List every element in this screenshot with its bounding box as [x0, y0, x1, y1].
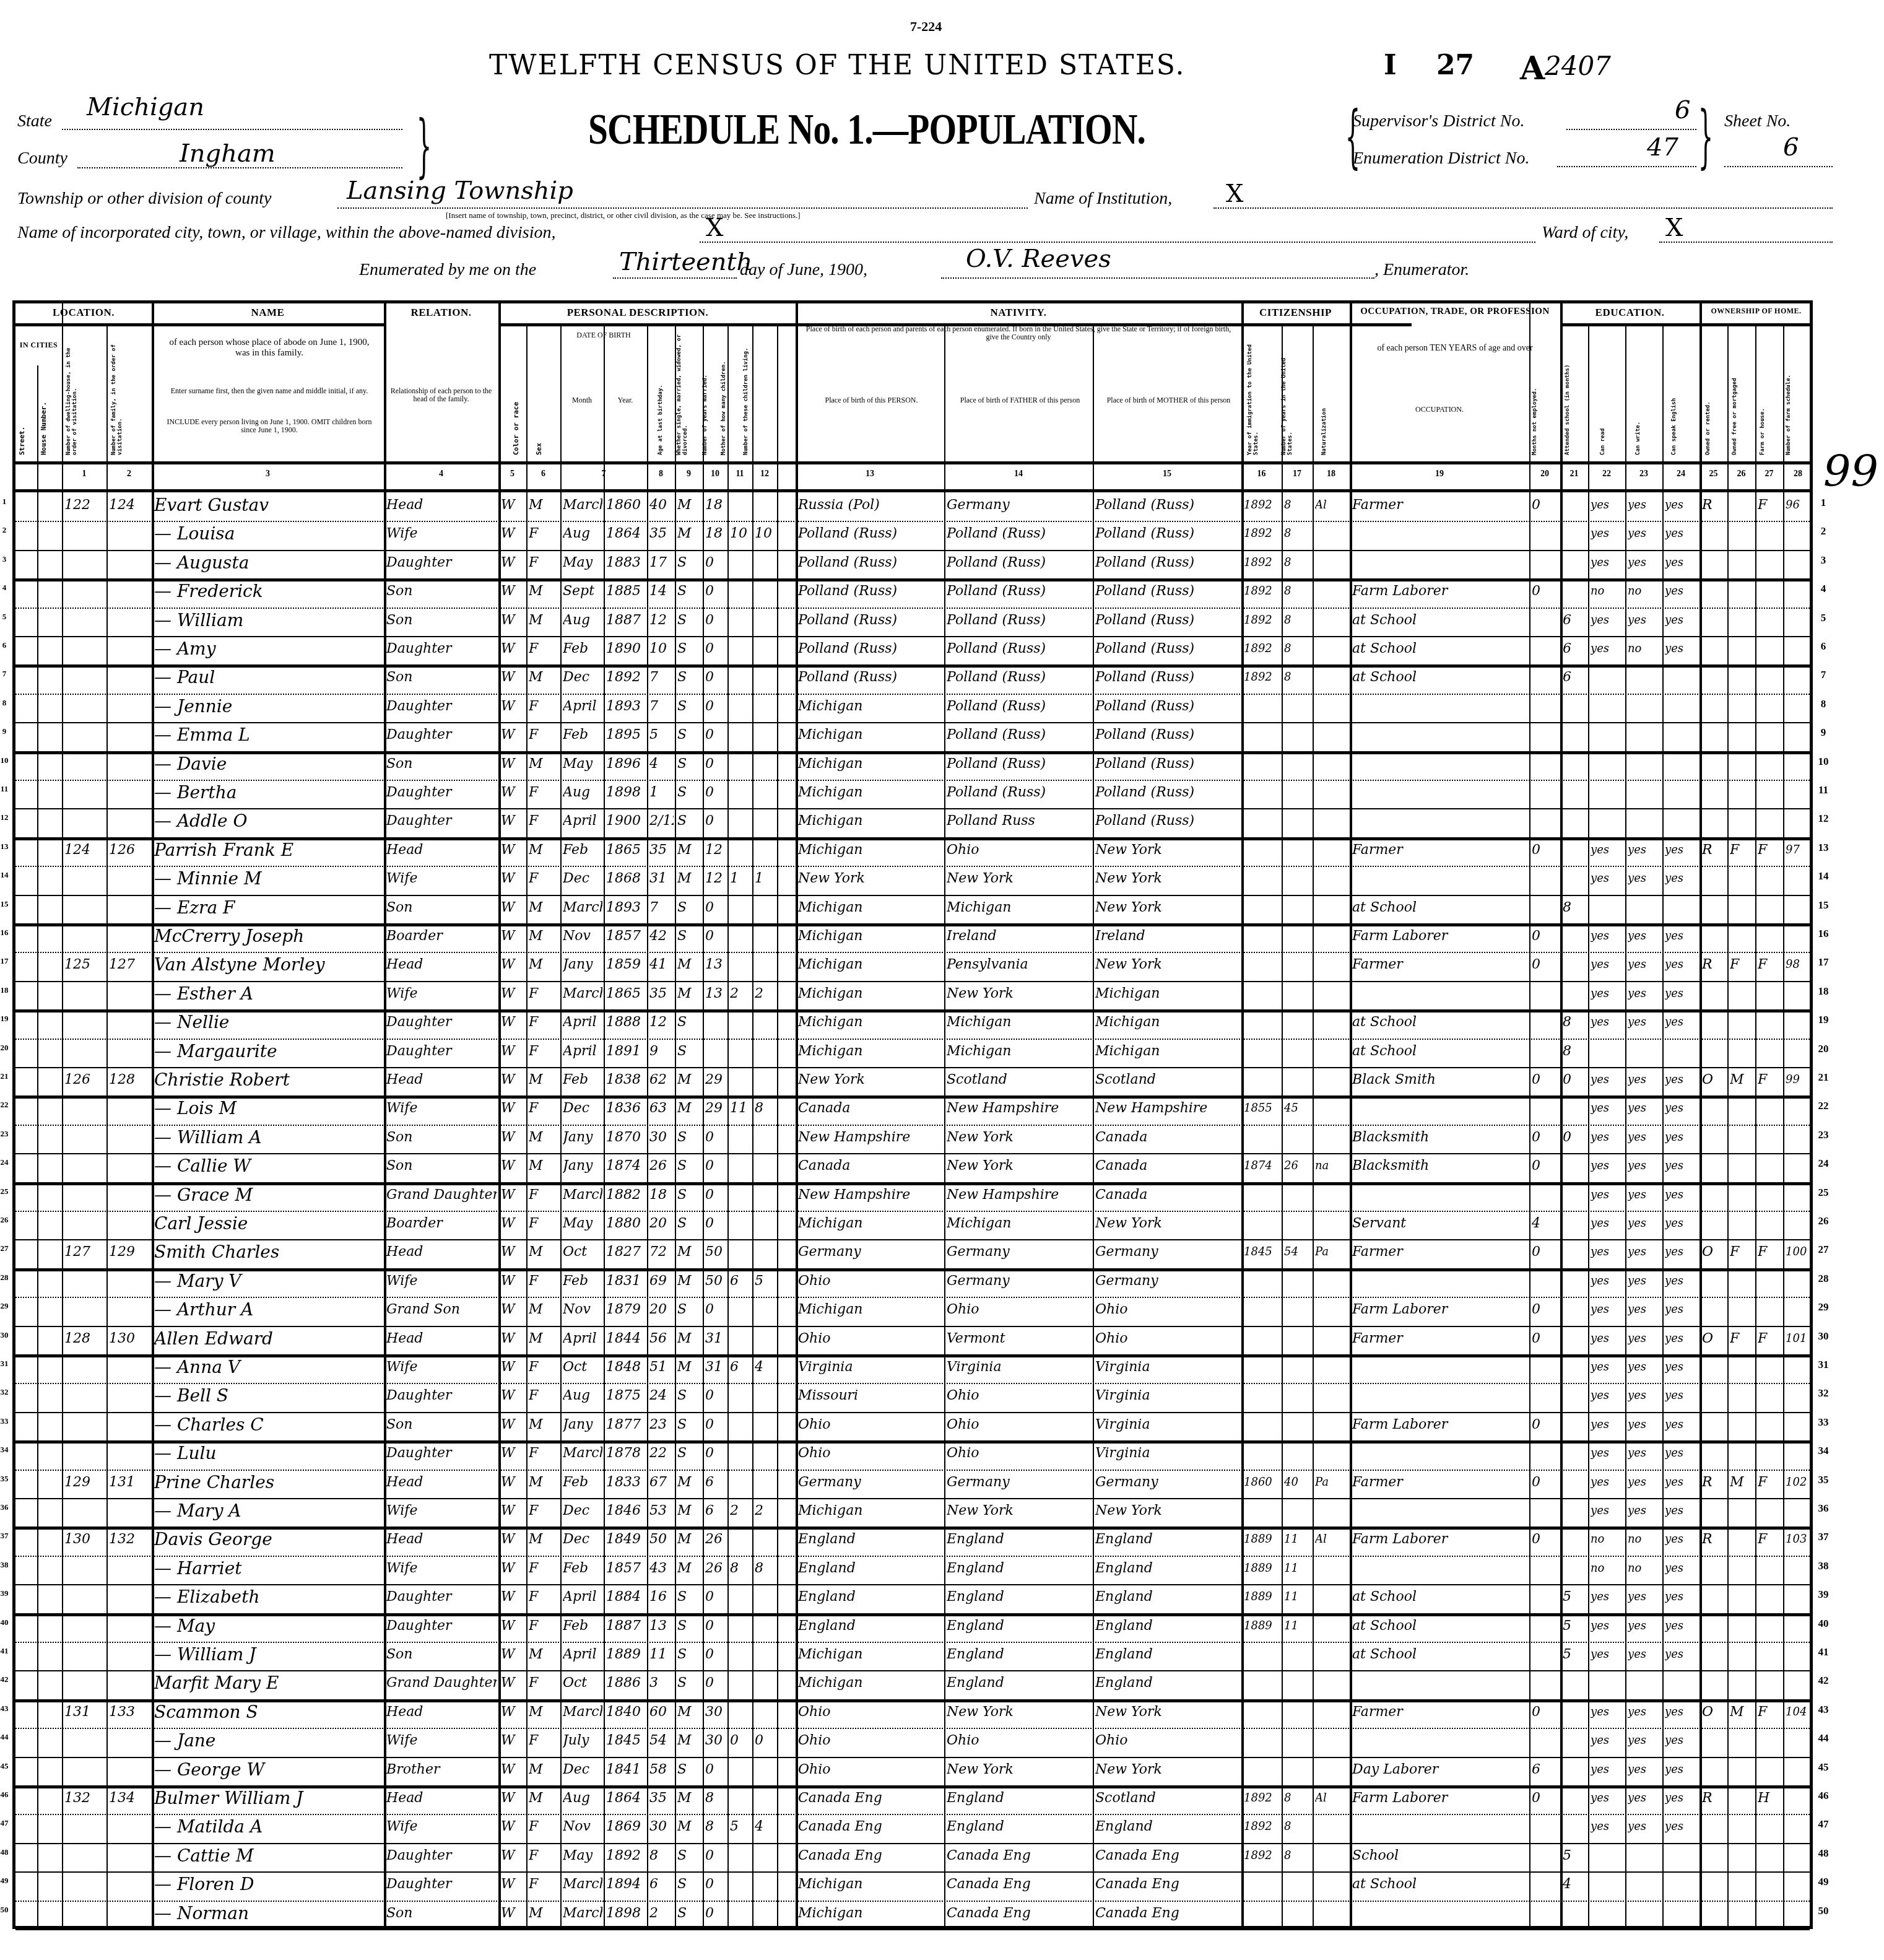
farm-schedule-header: Number of farm schedule.	[1786, 375, 1792, 455]
row-number-left: 9	[0, 726, 14, 736]
cell-sex: F	[529, 1869, 559, 1900]
cell-unemp: 0	[1532, 1323, 1559, 1354]
cell-occ: Farmer	[1352, 1323, 1528, 1354]
cell-bf: England	[947, 1668, 1092, 1699]
cell-color: W	[501, 1582, 525, 1613]
cell-sch	[1563, 1409, 1587, 1440]
cell-rel: Head	[386, 1237, 497, 1268]
cell-write: yes	[1628, 1065, 1661, 1095]
row-number-right: 16	[1814, 928, 1833, 940]
cell-dw	[64, 921, 105, 952]
cell-month: Dec	[563, 1524, 602, 1555]
cell-month: Sept	[563, 576, 602, 607]
cell-farm	[1758, 1352, 1782, 1383]
cell-year: 1864	[606, 518, 646, 549]
cell-bm: Germany	[1095, 1266, 1240, 1297]
cell-sex: M	[529, 921, 559, 952]
cell-speak: yes	[1665, 1754, 1698, 1785]
personal-description-header: PERSONAL DESCRIPTION.	[498, 307, 777, 319]
stamp-letter: A	[1520, 50, 1545, 87]
cell-farm	[1758, 1582, 1782, 1613]
row-number-left: 27	[0, 1244, 14, 1253]
row-number-right: 44	[1814, 1732, 1833, 1744]
cell-free: F	[1730, 835, 1754, 866]
cell-read: yes	[1591, 634, 1624, 664]
cell-speak: yes	[1665, 605, 1698, 636]
row-number-left: 49	[0, 1876, 14, 1886]
farm-house-header: Farm or house.	[1760, 408, 1766, 455]
cell-sch	[1563, 1323, 1587, 1354]
cell-ym: 0	[705, 691, 726, 722]
cell-bm: Scotland	[1095, 1065, 1240, 1095]
cell-rel: Son	[386, 1639, 497, 1670]
year-header: Year.	[604, 396, 647, 404]
cell-free	[1730, 863, 1754, 894]
row-number-right: 42	[1814, 1675, 1833, 1687]
cell-imm: 1892	[1244, 490, 1280, 521]
cell-free	[1730, 490, 1754, 521]
cell-ch	[755, 1582, 776, 1613]
cell-read: yes	[1591, 921, 1624, 952]
cell-mo	[730, 1754, 751, 1785]
cell-sex: M	[529, 1323, 559, 1354]
column-number: 19	[1350, 469, 1529, 479]
enumeration-label: Enumeration District No.	[1353, 149, 1529, 168]
cell-own	[1702, 1725, 1726, 1756]
can-read-header: Can read	[1600, 429, 1607, 455]
city-label: Name of incorporated city, town, or vill…	[17, 223, 555, 243]
supervisor-line	[1566, 129, 1696, 130]
cell-imm	[1244, 1323, 1280, 1354]
cell-mar: S	[677, 777, 701, 808]
cell-read: yes	[1591, 1811, 1624, 1842]
cell-nat	[1315, 1093, 1348, 1124]
cell-ym: 13	[705, 978, 726, 1009]
cell-bm: Virginia	[1095, 1438, 1240, 1469]
cell-month: April	[563, 1323, 602, 1354]
cell-yus	[1284, 1639, 1311, 1670]
cell-ym: 0	[705, 806, 726, 837]
cell-fam	[109, 1553, 150, 1584]
cell-write: yes	[1628, 1266, 1661, 1297]
cell-nat	[1315, 777, 1348, 808]
cell-dw	[64, 777, 105, 808]
cell-dw	[64, 1122, 105, 1153]
row-number-left: 28	[0, 1273, 14, 1283]
cell-sex: F	[529, 518, 559, 549]
cell-mo	[730, 1294, 751, 1325]
cell-imm	[1244, 1122, 1280, 1153]
cell-yus	[1284, 1007, 1311, 1038]
cell-imm	[1244, 1668, 1280, 1699]
cell-unemp	[1532, 1668, 1559, 1699]
cell-ch	[755, 720, 776, 751]
cell-mar: S	[677, 1294, 701, 1325]
cell-free	[1730, 605, 1754, 636]
cell-bf: Polland (Russ)	[947, 777, 1092, 808]
row-number-right: 43	[1814, 1704, 1833, 1716]
cell-mo: 0	[730, 1725, 751, 1756]
sheet-value: 6	[1783, 133, 1799, 162]
cell-speak: yes	[1665, 634, 1698, 664]
row-number-right: 33	[1814, 1416, 1833, 1429]
cell-rel: Daughter	[386, 806, 497, 837]
column-number: 13	[796, 469, 944, 479]
cell-year: 1870	[606, 1122, 646, 1153]
cell-name: Marfit Mary E	[154, 1668, 383, 1699]
column-number: 8	[647, 469, 675, 479]
cell-sex: M	[529, 1639, 559, 1670]
cell-age: 7	[649, 691, 674, 722]
dwelling-number-header: Number of dwelling-house, in the order o…	[66, 338, 79, 455]
cell-ch	[755, 1065, 776, 1095]
cell-unemp	[1532, 1639, 1559, 1670]
cell-yus	[1284, 835, 1311, 866]
cell-dw	[64, 1869, 105, 1900]
cell-speak: yes	[1665, 547, 1698, 578]
cell-ym: 0	[705, 1840, 726, 1871]
cell-write: yes	[1628, 835, 1661, 866]
cell-own: O	[1702, 1697, 1726, 1728]
cell-yus: 26	[1284, 1151, 1311, 1182]
cell-read: yes	[1591, 547, 1624, 578]
cell-unemp	[1532, 1898, 1559, 1929]
cell-yus: 45	[1284, 1093, 1311, 1124]
cell-farm	[1758, 1093, 1782, 1124]
cell-read	[1591, 749, 1624, 780]
cell-rel: Daughter	[386, 634, 497, 664]
cell-mar: S	[677, 634, 701, 664]
cell-bf: New York	[947, 978, 1092, 1009]
column-number: 24	[1662, 469, 1700, 479]
cell-imm	[1244, 777, 1280, 808]
cell-occ: Farmer	[1352, 835, 1528, 866]
cell-bp: Virginia	[798, 1352, 943, 1383]
cell-dw	[64, 806, 105, 837]
cell-own	[1702, 1668, 1726, 1699]
cell-name: — William J	[154, 1639, 383, 1670]
cell-nat	[1315, 1725, 1348, 1756]
cell-nat	[1315, 1898, 1348, 1929]
cell-sex: F	[529, 1180, 559, 1211]
cell-occ	[1352, 806, 1528, 837]
cell-month: Dec	[563, 863, 602, 894]
cell-dw	[64, 1840, 105, 1871]
cell-age: 72	[649, 1237, 674, 1268]
cell-sex: M	[529, 949, 559, 980]
cell-imm	[1244, 1065, 1280, 1095]
cell-read: yes	[1591, 1639, 1624, 1670]
cell-nat: Al	[1315, 1524, 1348, 1555]
row-number-right: 13	[1814, 842, 1833, 854]
cell-sex: F	[529, 1582, 559, 1613]
cell-age: 41	[649, 949, 674, 980]
cell-ch	[755, 1869, 776, 1900]
rule	[1560, 323, 1810, 326]
cell-color: W	[501, 1697, 525, 1728]
cell-sch	[1563, 777, 1587, 808]
years-in-us-header: Number of years in the United States.	[1282, 338, 1294, 455]
cell-occ: Farm Laborer	[1352, 1409, 1528, 1440]
cell-dw	[64, 1266, 105, 1297]
cell-bm: England	[1095, 1811, 1240, 1842]
cell-sched	[1786, 1668, 1812, 1699]
cell-write: yes	[1628, 605, 1661, 636]
cell-unemp	[1532, 1093, 1559, 1124]
cell-bm: Polland (Russ)	[1095, 749, 1240, 780]
cell-imm	[1244, 1697, 1280, 1728]
cell-mo	[730, 1697, 751, 1728]
cell-imm	[1244, 1352, 1280, 1383]
cell-age: 30	[649, 1811, 674, 1842]
cell-rel: Brother	[386, 1754, 497, 1785]
cell-unemp	[1532, 1811, 1559, 1842]
cell-mar: S	[677, 806, 701, 837]
row-number-right: 7	[1814, 669, 1833, 681]
cell-nat	[1315, 1553, 1348, 1584]
cell-age: 30	[649, 1122, 674, 1153]
cell-bm: Polland (Russ)	[1095, 576, 1240, 607]
cell-color: W	[501, 1323, 525, 1354]
cell-year: 1849	[606, 1524, 646, 1555]
column-number: 18	[1313, 469, 1350, 479]
cell-speak: yes	[1665, 921, 1698, 952]
cell-read: yes	[1591, 1697, 1624, 1728]
cell-rel: Son	[386, 662, 497, 693]
cell-ch	[755, 1754, 776, 1785]
cell-own	[1702, 691, 1726, 722]
cell-rel: Daughter	[386, 1582, 497, 1613]
cell-own	[1702, 806, 1726, 837]
cell-mar: S	[677, 662, 701, 693]
cell-name: — Jane	[154, 1725, 383, 1756]
cell-color: W	[501, 1180, 525, 1211]
cell-write: yes	[1628, 1122, 1661, 1153]
cell-mar: M	[677, 1266, 701, 1297]
cell-month: Dec	[563, 1093, 602, 1124]
cell-ym: 0	[705, 1611, 726, 1642]
cell-sch: 8	[1563, 1036, 1587, 1067]
cell-year: 1898	[606, 777, 646, 808]
relation-description: Relationship of each person to the head …	[387, 387, 495, 403]
cell-month: March	[563, 490, 602, 521]
cell-month: Aug	[563, 518, 602, 549]
cell-yus	[1284, 1898, 1311, 1929]
cell-sex: F	[529, 1725, 559, 1756]
cell-bf: Ohio	[947, 1409, 1092, 1440]
cell-dw	[64, 1754, 105, 1785]
row-number-right: 35	[1814, 1474, 1833, 1486]
cell-nat	[1315, 835, 1348, 866]
cell-dw	[64, 1409, 105, 1440]
cell-sex: M	[529, 749, 559, 780]
cell-nat	[1315, 634, 1348, 664]
cell-month: Aug	[563, 1783, 602, 1814]
cell-imm: 1892	[1244, 662, 1280, 693]
cell-imm: 1889	[1244, 1611, 1280, 1642]
cell-name: Bulmer William J	[154, 1783, 383, 1814]
cell-name: — Elizabeth	[154, 1582, 383, 1613]
cell-dw	[64, 1438, 105, 1469]
cell-age: 54	[649, 1725, 674, 1756]
cell-bm: Canada Eng	[1095, 1840, 1240, 1871]
cell-ch	[755, 1208, 776, 1239]
cell-read: yes	[1591, 1323, 1624, 1354]
cell-mo	[730, 490, 751, 521]
cell-dw	[64, 1208, 105, 1239]
cell-unemp	[1532, 749, 1559, 780]
cell-sched: 100	[1786, 1237, 1812, 1268]
cell-mo	[730, 1036, 751, 1067]
cell-read	[1591, 1036, 1624, 1067]
column-number: 14	[944, 469, 1093, 479]
cell-bf: Scotland	[947, 1065, 1092, 1095]
cell-sched	[1786, 863, 1812, 894]
house-number-header: House Number.	[40, 402, 48, 455]
cell-bf: Ohio	[947, 1725, 1092, 1756]
cell-bm: New Hampshire	[1095, 1093, 1240, 1124]
cell-color: W	[501, 518, 525, 549]
cell-sch: 0	[1563, 1065, 1587, 1095]
cell-sch	[1563, 978, 1587, 1009]
cell-sch: 6	[1563, 662, 1587, 693]
cell-imm	[1244, 1208, 1280, 1239]
cell-imm	[1244, 1380, 1280, 1411]
cell-mo	[730, 1611, 751, 1642]
cell-nat	[1315, 1323, 1348, 1354]
cell-fam	[109, 1409, 150, 1440]
cell-own: R	[1702, 1524, 1726, 1555]
cell-fam	[109, 1869, 150, 1900]
row-number-left: 19	[0, 1014, 14, 1024]
cell-ym: 29	[705, 1093, 726, 1124]
cell-bp: Michigan	[798, 949, 943, 980]
cell-age: 63	[649, 1093, 674, 1124]
row-number-left: 15	[0, 899, 14, 909]
cell-mo	[730, 1380, 751, 1411]
cell-bm: Polland (Russ)	[1095, 547, 1240, 578]
cell-sch	[1563, 1725, 1587, 1756]
cell-bf: Canada Eng	[947, 1840, 1092, 1871]
cell-farm	[1758, 1668, 1782, 1699]
row-number-right: 32	[1814, 1387, 1833, 1400]
cell-sch	[1563, 720, 1587, 751]
cell-unemp	[1532, 978, 1559, 1009]
cell-sch	[1563, 1294, 1587, 1325]
cell-yus	[1284, 749, 1311, 780]
cell-dw: 129	[64, 1467, 105, 1498]
cell-color: W	[501, 1668, 525, 1699]
cell-color: W	[501, 1840, 525, 1871]
cell-ch: 4	[755, 1352, 776, 1383]
cell-occ	[1352, 1266, 1528, 1297]
cell-bp: England	[798, 1553, 943, 1584]
column-divider	[62, 303, 63, 1926]
cell-name: — William	[154, 605, 383, 636]
cell-imm	[1244, 1754, 1280, 1785]
cell-fam: 133	[109, 1697, 150, 1728]
cell-sch	[1563, 749, 1587, 780]
cell-own: R	[1702, 1783, 1726, 1814]
cell-imm: 1889	[1244, 1524, 1280, 1555]
cell-color: W	[501, 806, 525, 837]
cell-ym: 0	[705, 1582, 726, 1613]
cell-occ: Farmer	[1352, 1467, 1528, 1498]
cell-own	[1702, 1380, 1726, 1411]
enumerated-day-line	[613, 277, 737, 279]
cell-bm: New York	[1095, 1754, 1240, 1785]
cell-rel: Grand Son	[386, 1294, 497, 1325]
cell-dw	[64, 978, 105, 1009]
cell-bm: Polland (Russ)	[1095, 691, 1240, 722]
cell-age: 40	[649, 490, 674, 521]
cell-read	[1591, 1668, 1624, 1699]
cell-sched	[1786, 547, 1812, 578]
cell-write: yes	[1628, 1611, 1661, 1642]
institution-value: X	[1226, 180, 1243, 208]
cell-mo	[730, 892, 751, 923]
cell-sex: F	[529, 806, 559, 837]
cell-unemp: 0	[1532, 949, 1559, 980]
cell-farm: F	[1758, 949, 1782, 980]
cell-bf: Germany	[947, 490, 1092, 521]
cell-year: 1882	[606, 1180, 646, 1211]
cell-sched	[1786, 892, 1812, 923]
district-brace-right: }	[1698, 102, 1714, 170]
cell-name: Van Alstyne Morley	[154, 949, 383, 980]
cell-farm	[1758, 1611, 1782, 1642]
cell-sched	[1786, 1151, 1812, 1182]
cell-own	[1702, 749, 1726, 780]
cell-free	[1730, 1007, 1754, 1038]
row-number-right: 6	[1814, 640, 1833, 653]
cell-speak	[1665, 892, 1698, 923]
cell-farm	[1758, 1180, 1782, 1211]
cell-yus	[1284, 1294, 1311, 1325]
cell-free	[1730, 1352, 1754, 1383]
cell-bm: Michigan	[1095, 1036, 1240, 1067]
cell-month: March	[563, 892, 602, 923]
cell-own	[1702, 1840, 1726, 1871]
cell-mar: M	[677, 1352, 701, 1383]
cell-bm: Ohio	[1095, 1725, 1240, 1756]
cell-imm: 1892	[1244, 547, 1280, 578]
cell-sex: F	[529, 1208, 559, 1239]
cell-month: March	[563, 1438, 602, 1469]
cell-sex: M	[529, 576, 559, 607]
cell-occ	[1352, 1093, 1528, 1124]
cell-rel: Head	[386, 1783, 497, 1814]
cell-sex: M	[529, 1294, 559, 1325]
relation-header: RELATION.	[384, 307, 498, 319]
occupation-subheader: OCCUPATION.	[1353, 406, 1526, 414]
cell-read: yes	[1591, 1496, 1624, 1527]
row-number-right: 31	[1814, 1359, 1833, 1371]
cell-name: Scammon S	[154, 1697, 383, 1728]
row-number-right: 14	[1814, 870, 1833, 882]
cell-unemp	[1532, 1582, 1559, 1613]
attended-school-header: Attended school (in months)	[1565, 331, 1571, 455]
county-value: Ingham	[180, 139, 276, 168]
row-number-right: 10	[1814, 756, 1833, 768]
cell-nat	[1315, 921, 1348, 952]
cell-mar: M	[677, 1065, 701, 1095]
cell-age: 20	[649, 1208, 674, 1239]
cell-yus	[1284, 863, 1311, 894]
cell-bf: England	[947, 1582, 1092, 1613]
cell-speak	[1665, 749, 1698, 780]
cell-farm	[1758, 978, 1782, 1009]
